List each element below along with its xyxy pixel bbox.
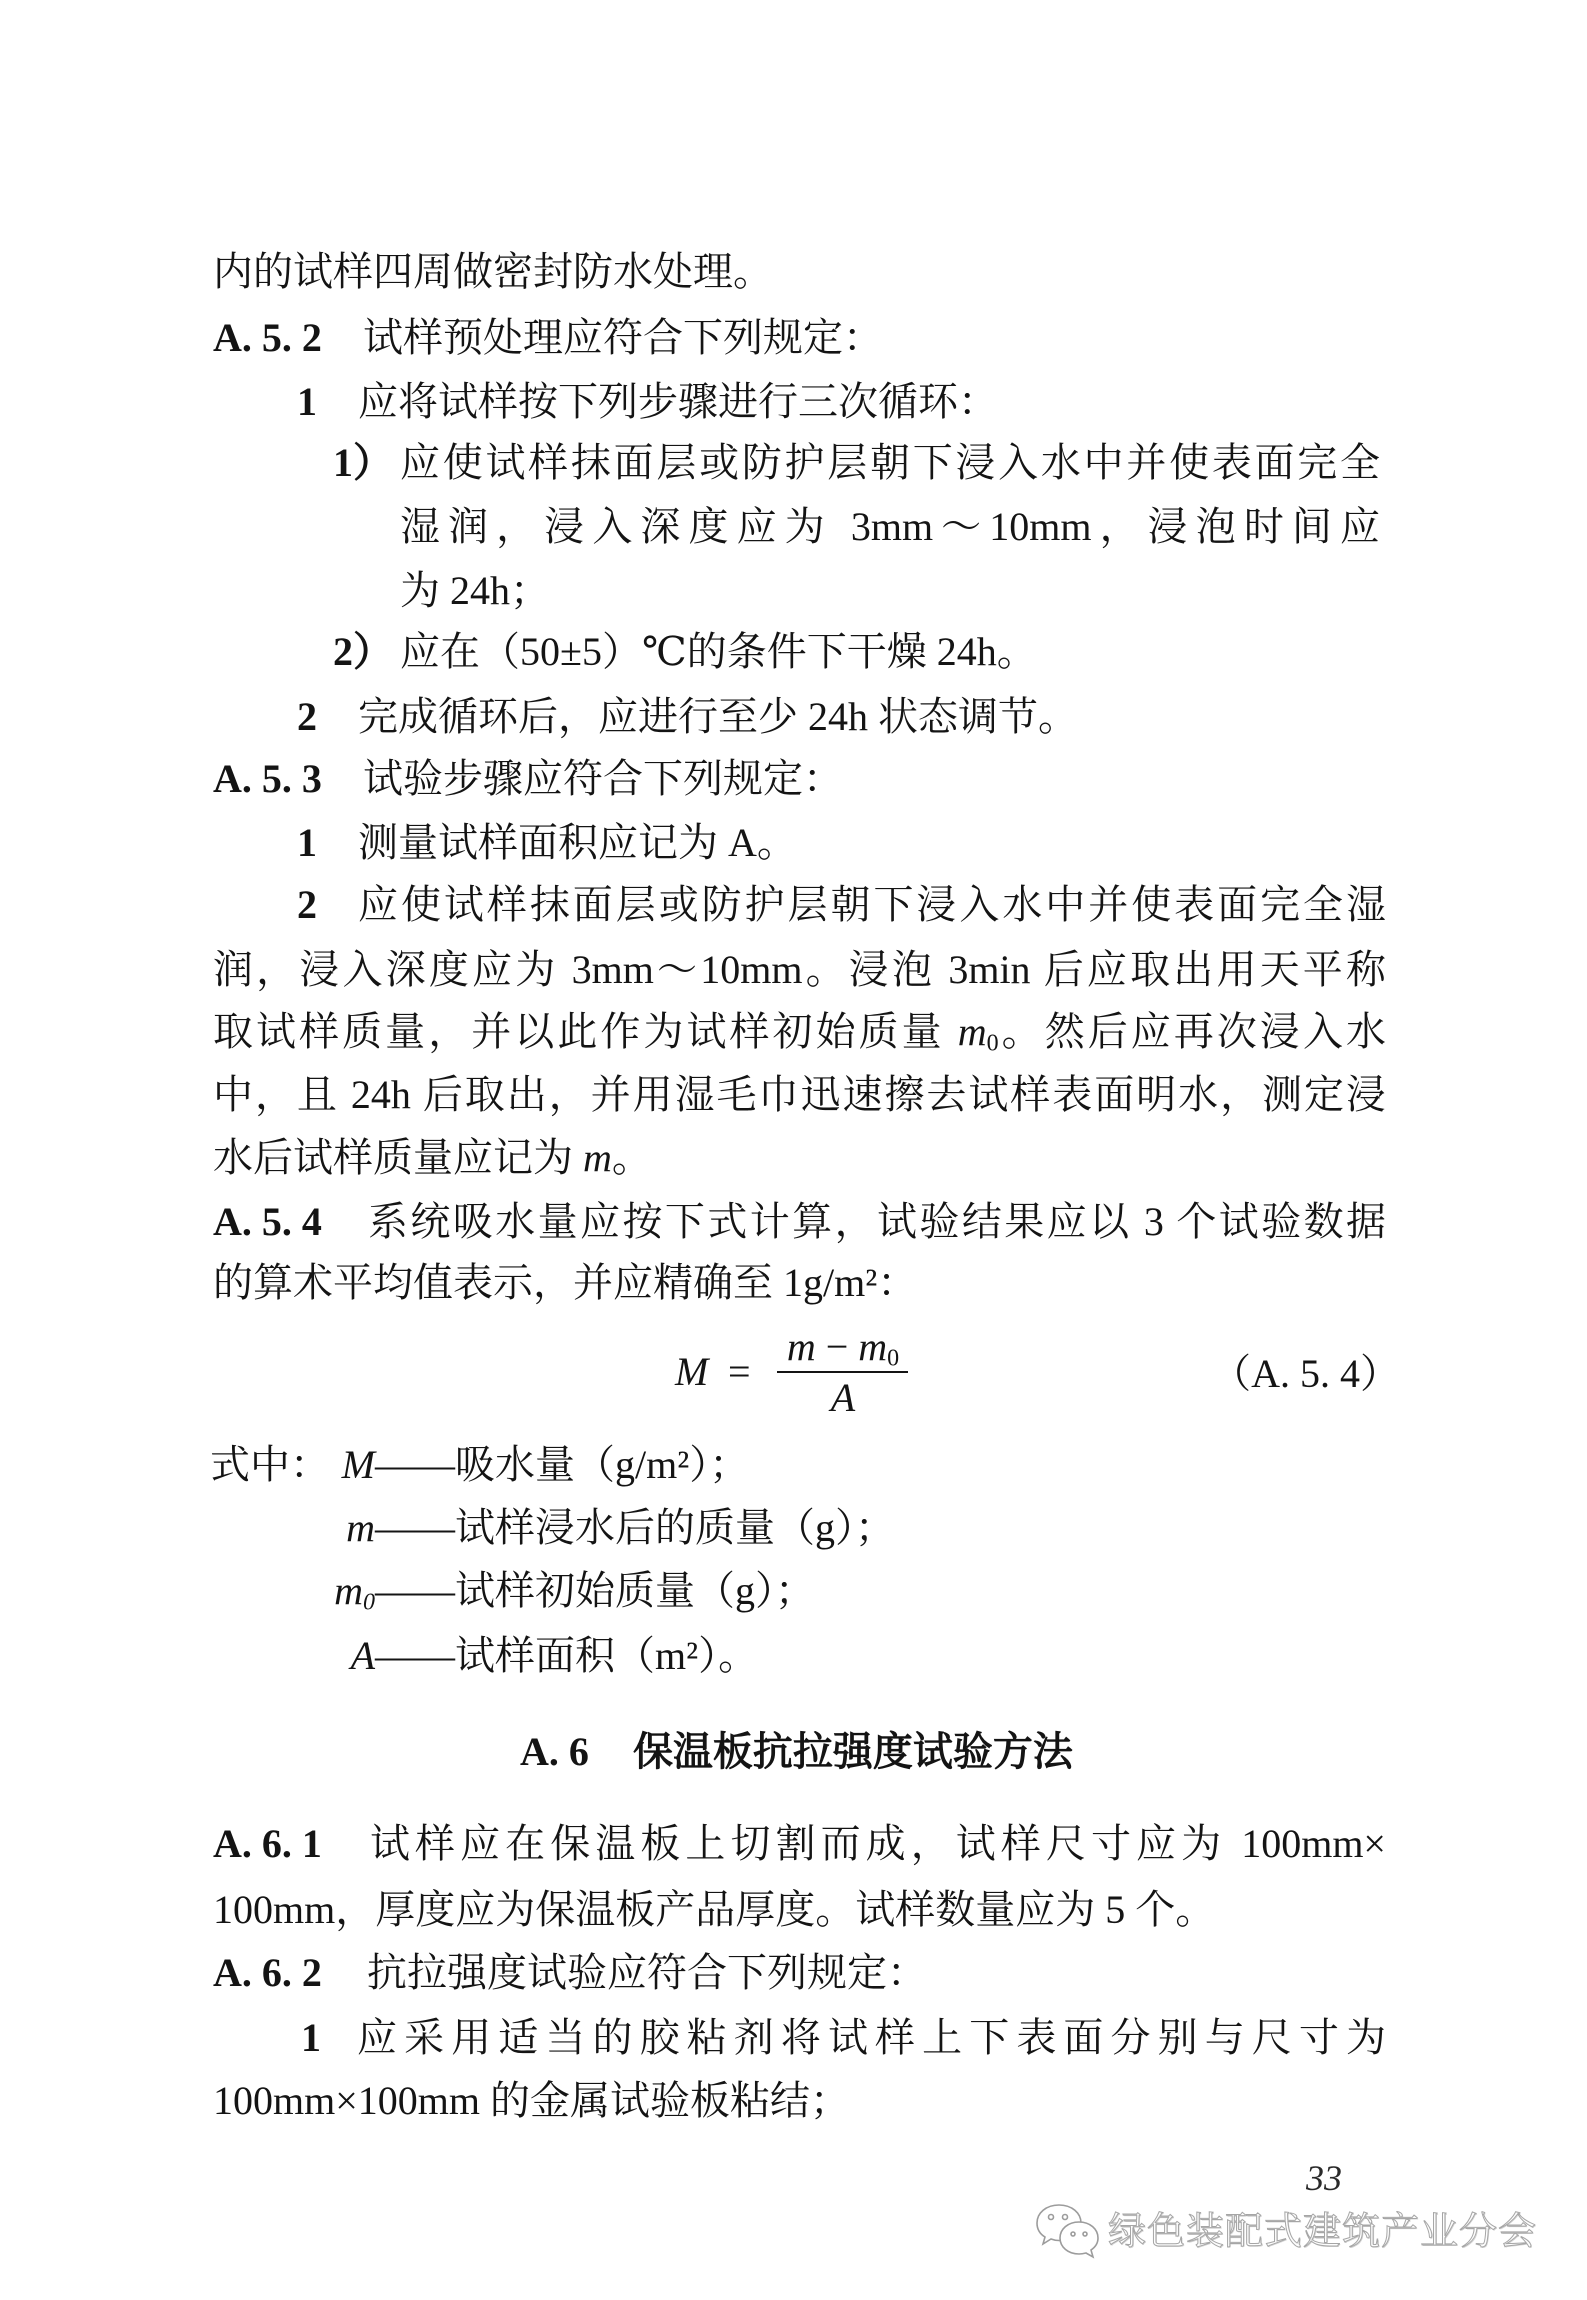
formula-denominator: A — [776, 1373, 910, 1423]
clause-title: 抗拉强度试验应符合下列规定： — [367, 1948, 927, 1998]
item-text: 应将试样按下列步骤进行三次循环： — [358, 377, 998, 427]
formula-numerator: m − m0 — [776, 1322, 910, 1372]
definition-symbol: M — [280, 1440, 375, 1490]
item-number: 1 — [297, 818, 317, 868]
definition-description: 试样初始质量（g）； — [455, 1568, 815, 1613]
formula-lhs: M — [675, 1347, 708, 1397]
clause-number: A. 6. 2 — [213, 1948, 322, 1998]
em-dash: —— — [375, 1568, 455, 1613]
subscript: 0 — [363, 1589, 375, 1615]
em-dash: —— — [375, 1505, 455, 1550]
definition-symbol: m — [280, 1503, 375, 1553]
item-line: 润，浸入深度应为 3mm～10mm。浸泡 3min 后应取出用天平称 — [213, 945, 1386, 995]
formula-equals: = — [728, 1347, 751, 1397]
subscript: 0 — [987, 1030, 999, 1056]
clause-title: 试样预处理应符合下列规定： — [363, 313, 883, 363]
watermark-text: 绿色装配式建筑产业分会 — [1108, 2206, 1537, 2256]
variable-m: m — [787, 1324, 816, 1369]
clause-number: A. 5. 4 — [213, 1197, 322, 1247]
definition-description: 吸水量（g/m²）； — [455, 1442, 749, 1487]
item-line: 中，且 24h 后取出，并用湿毛巾迅速擦去试样表面明水，测定浸 — [213, 1070, 1386, 1120]
line-text: 。然后应再次浸入水 — [999, 1009, 1386, 1054]
sub-item-line: 为 24h； — [400, 566, 550, 616]
sub-item-line: 应在（50±5）℃的条件下干燥 24h。 — [400, 627, 1037, 677]
item-line: 应采用适当的胶粘剂将试样上下表面分别与尺寸为 — [357, 2013, 1386, 2063]
symbol-text: A — [351, 1633, 375, 1678]
item-number: 1 — [301, 2013, 321, 2063]
definition-text: ——试样初始质量（g）； — [375, 1566, 815, 1616]
clause-number: A. 5. 3 — [213, 754, 322, 804]
definition-description: 试样面积（m²）。 — [455, 1633, 758, 1678]
variable-m: m — [583, 1135, 612, 1180]
symbol-text: m — [334, 1568, 363, 1613]
continuation-line: 内的试样四周做密封防水处理。 — [213, 247, 773, 297]
definition-symbol: A — [280, 1631, 375, 1681]
section-heading-a-6: A. 6保温板抗拉强度试验方法 — [213, 1727, 1380, 1777]
item-line: 100mm×100mm 的金属试验板粘结； — [213, 2076, 850, 2126]
line-text: 。 — [612, 1135, 652, 1180]
definition-text: ——试样面积（m²）。 — [375, 1631, 758, 1681]
item-line: 水后试样质量应记为 m。 — [213, 1133, 652, 1183]
minus-operator: − — [826, 1324, 849, 1369]
variable-m: m — [858, 1324, 887, 1369]
definition-text: ——吸水量（g/m²）； — [375, 1440, 749, 1490]
symbol-text: m — [346, 1505, 375, 1550]
clause-line: 试样应在保温板上切割而成，试样尺寸应为 100mm× — [370, 1819, 1386, 1869]
clause-line: 系统吸水量应按下式计算，试验结果应以 3 个试验数据 — [368, 1197, 1386, 1247]
sub-item-line: 应使试样抹面层或防护层朝下浸入水中并使表面完全 — [400, 438, 1380, 488]
clause-line: 的算术平均值表示，并应精确至 1g/m²： — [213, 1258, 917, 1308]
section-number: A. 6 — [520, 1729, 589, 1774]
item-number: 2 — [297, 880, 317, 930]
sub-item-number: 1） — [333, 438, 393, 488]
section-title: 保温板抗拉强度试验方法 — [633, 1730, 1073, 1774]
subscript: 0 — [887, 1345, 899, 1371]
sub-item-number: 2） — [333, 627, 393, 677]
definition-description: 试样浸水后的质量（g）； — [455, 1505, 895, 1550]
sub-item-line: 湿润，浸入深度应为 3mm～10mm，浸泡时间应 — [400, 502, 1380, 552]
clause-title: 试验步骤应符合下列规定： — [363, 754, 843, 804]
wechat-icon — [1035, 2202, 1101, 2265]
item-line: 取试样质量，并以此作为试样初始质量 m0。然后应再次浸入水 — [213, 1007, 1386, 1057]
clause-number: A. 5. 2 — [213, 313, 322, 363]
em-dash: —— — [375, 1442, 455, 1487]
item-text: 测量试样面积应记为 A。 — [358, 818, 797, 868]
equation-label: （A. 5. 4） — [1150, 1349, 1400, 1399]
symbol-text: M — [342, 1442, 375, 1487]
definition-text: ——试样浸水后的质量（g）； — [375, 1503, 895, 1553]
item-number: 2 — [297, 692, 317, 742]
line-text: 水后试样质量应记为 — [213, 1135, 583, 1180]
item-number: 1 — [297, 377, 317, 427]
variable-m: m — [958, 1009, 987, 1054]
line-text: 取试样质量，并以此作为试样初始质量 — [213, 1009, 958, 1054]
item-text: 完成循环后，应进行至少 24h 状态调节。 — [358, 692, 1078, 742]
clause-number: A. 6. 1 — [213, 1819, 322, 1869]
clause-line: 100mm，厚度应为保温板产品厚度。试样数量应为 5 个。 — [213, 1885, 1215, 1935]
document-page: 内的试样四周做密封防水处理。 A. 5. 2 试样预处理应符合下列规定： 1 应… — [0, 0, 1587, 2300]
item-line: 应使试样抹面层或防护层朝下浸入水中并使表面完全湿 — [358, 880, 1386, 930]
em-dash: —— — [375, 1633, 455, 1678]
page-number: 33 — [1306, 2153, 1342, 2203]
definition-symbol: m0 — [280, 1566, 375, 1616]
